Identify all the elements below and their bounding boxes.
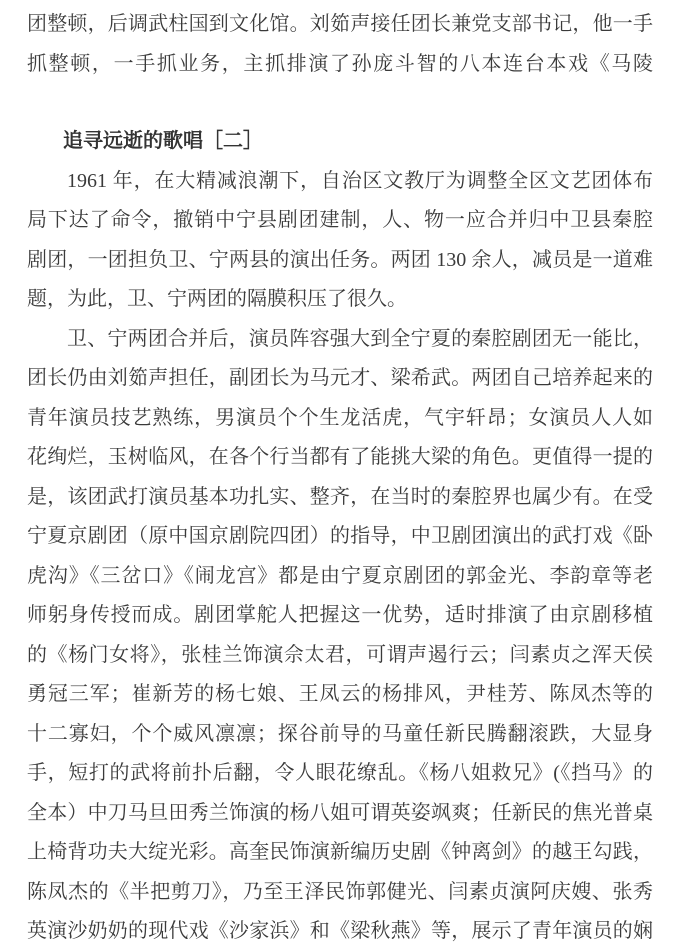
text-line: 团长仍由刘筎声担任，副团长为马元才、梁希武。两团自己培养起来的 xyxy=(27,359,653,399)
text-line: 上椅背功夫大绽光彩。高奎民饰演新编历史剧《钟离剑》的越王勾践， xyxy=(27,833,653,873)
text-line: 师躬身传授而成。剧团掌舵人把握这一优势，适时排演了由京剧移植 xyxy=(27,596,653,636)
text-line: 陈凤杰的《半把剪刀》，乃至王泽民饰郭健光、闫素贞演阿庆嫂、张秀 xyxy=(27,873,653,913)
text-line: 勇冠三军；崔新芳的杨七娘、王凤云的杨排风，尹桂芳、陈凤杰等的 xyxy=(27,675,653,715)
text-line: 的《杨门女将》，张桂兰饰演佘太君，可谓声遏行云；闫素贞之浑天侯 xyxy=(27,636,653,676)
text-line: 虎沟》《三岔口》《闹龙宫》都是由宁夏京剧团的郭金光、李韵章等老 xyxy=(27,557,653,597)
text-line: 花绚烂，玉树临风，在各个行当都有了能挑大梁的角色。更值得一提的 xyxy=(27,438,653,478)
text-line: 宁夏京剧团（原中国京剧院四团）的指导，中卫剧团演出的武打戏《卧 xyxy=(27,517,653,557)
text-line: 局下达了命令，撤销中宁县剧团建制，人、物一应合并归中卫县秦腔 xyxy=(27,201,653,241)
text-line: 青年演员技艺熟练，男演员个个生龙活虎，气宇轩昂；女演员人人如 xyxy=(27,399,653,439)
document-page: 团整顿，后调武柱国到文化馆。刘筎声接任团长兼党支部书记，他一手 抓整顿，一手抓业… xyxy=(0,0,679,949)
paragraph-2: 卫、宁两团合并后，演员阵容强大到全宁夏的秦腔剧团无一能比， 团长仍由刘筎声担任，… xyxy=(27,320,653,949)
text-line: 十二寡妇，个个威风凛凛；探谷前导的马童任新民腾翻滚跌，大显身 xyxy=(27,715,653,755)
paragraph-1: 1961 年，在大精减浪潮下，自治区文教厅为调整全区文艺团体布 局下达了命令，撤… xyxy=(27,162,653,320)
text-line: 是，该团武打演员基本功扎实、整齐，在当时的秦腔界也属少有。在受 xyxy=(27,478,653,518)
text-line: 英演沙奶奶的现代戏《沙家浜》和《梁秋燕》等，展示了青年演员的娴 xyxy=(27,912,653,949)
text-line: 1961 年，在大精减浪潮下，自治区文教厅为调整全区文艺团体布 xyxy=(27,162,653,202)
text-line: 剧团，一团担负卫、宁两县的演出任务。两团 130 余人，减员是一道难 xyxy=(27,241,653,281)
section-heading: 追寻远逝的歌唱［二］ xyxy=(27,122,653,162)
text-line: 卫、宁两团合并后，演员阵容强大到全宁夏的秦腔剧团无一能比， xyxy=(27,320,653,360)
text-line: 手，短打的武将前扑后翻，令人眼花缭乱。《杨八姐救兄》(《挡马》的 xyxy=(27,754,653,794)
text-line: 全本）中刀马旦田秀兰饰演的杨八姐可谓英姿飒爽；任新民的焦光普桌 xyxy=(27,794,653,834)
text-line: 抓整顿，一手抓业务，主抓排演了孙庞斗智的八本连台本戏《马陵道》。 xyxy=(27,45,653,85)
text-line: 题，为此，卫、宁两团的隔膜积压了很久。 xyxy=(27,280,653,320)
leading-paragraph: 团整顿，后调武柱国到文化馆。刘筎声接任团长兼党支部书记，他一手 抓整顿，一手抓业… xyxy=(27,5,653,84)
text-line: 团整顿，后调武柱国到文化馆。刘筎声接任团长兼党支部书记，他一手 xyxy=(27,5,653,45)
